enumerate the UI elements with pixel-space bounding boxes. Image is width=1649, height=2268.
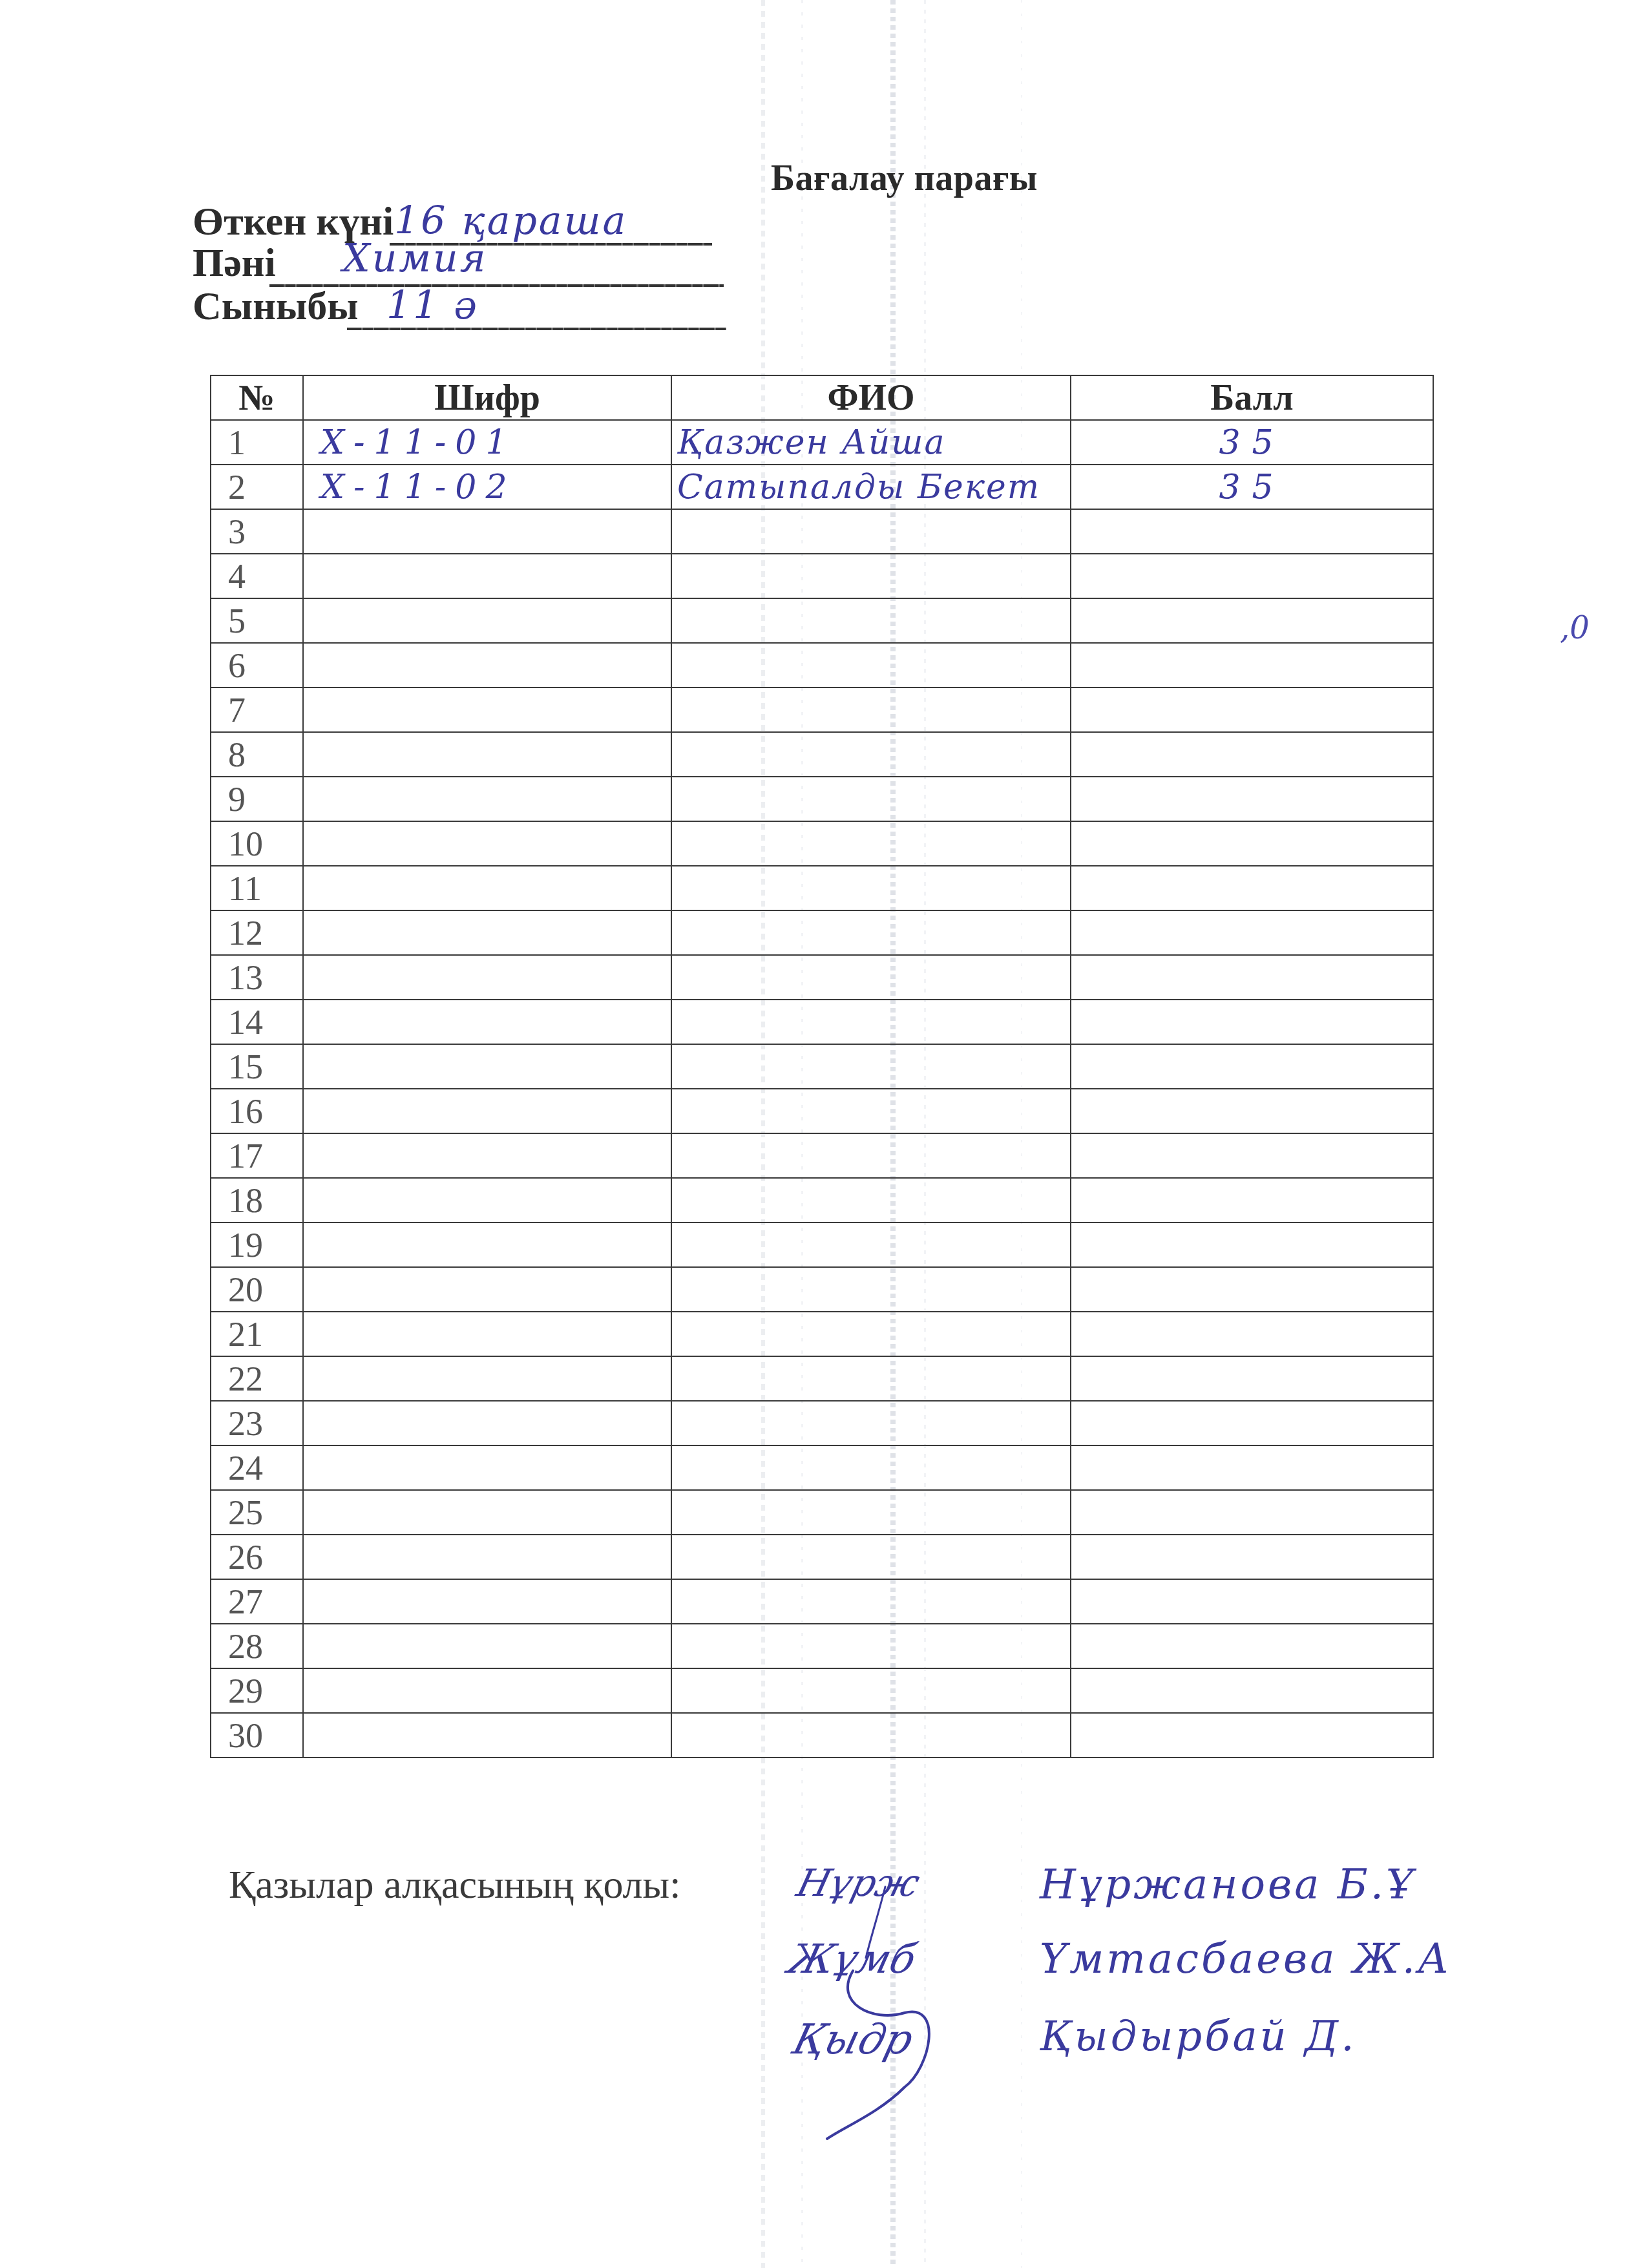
row-full-name [671,1133,1071,1178]
table-row: 10 [211,821,1433,866]
table-row: 26 [211,1535,1433,1579]
row-number: 3 [211,509,303,554]
row-full-name [671,1579,1071,1624]
row-number: 4 [211,554,303,598]
row-full-name [671,1267,1071,1312]
row-score [1071,1624,1433,1668]
row-number: 5 [211,598,303,643]
row-full-name [671,821,1071,866]
row-code [303,1356,671,1401]
row-full-name [671,1044,1071,1089]
header-number: № [211,375,303,420]
signature-name-1: Нұржанова Б.Ұ [1040,1861,1416,1909]
commission-signature-label: Қазылар алқасының қолы: [229,1862,680,1908]
table-row: 21 [211,1312,1433,1356]
row-score [1071,866,1433,910]
table-row: 15 [211,1044,1433,1089]
field-subject-value: Химия [342,239,487,278]
table-row: 16 [211,1089,1433,1133]
row-number: 22 [211,1356,303,1401]
row-code [303,955,671,1000]
table-row: 9 [211,777,1433,821]
row-code [303,1312,671,1356]
row-number: 7 [211,688,303,732]
table-row: 14 [211,1000,1433,1044]
table-row: 12 [211,910,1433,955]
row-number: 29 [211,1668,303,1713]
row-full-name [671,1312,1071,1356]
row-score [1071,1312,1433,1356]
row-code [303,1713,671,1758]
table-row: 3 [211,509,1433,554]
row-full-name [671,1445,1071,1490]
row-number: 11 [211,866,303,910]
row-code [303,1668,671,1713]
table-row: 6 [211,643,1433,688]
row-score [1071,732,1433,777]
row-score [1071,821,1433,866]
table-row: 29 [211,1668,1433,1713]
row-number: 24 [211,1445,303,1490]
row-full-name [671,777,1071,821]
row-full-name [671,1401,1071,1445]
row-full-name [671,1535,1071,1579]
row-score [1071,509,1433,554]
row-full-name [671,1356,1071,1401]
row-code: Х-11-01 [303,420,671,465]
row-code [303,1267,671,1312]
row-full-name [671,1178,1071,1223]
signature-flourish [775,1874,982,2145]
row-number: 12 [211,910,303,955]
row-code [303,688,671,732]
row-code [303,1401,671,1445]
row-number: 26 [211,1535,303,1579]
field-subject-label: Пәні [193,243,276,283]
row-number: 20 [211,1267,303,1312]
row-code [303,1535,671,1579]
row-score [1071,1490,1433,1535]
field-class-label: Сыныбы [193,286,359,326]
table-row: 4 [211,554,1433,598]
row-full-name [671,955,1071,1000]
field-subject: Пәні Химия [193,247,724,287]
row-score [1071,1713,1433,1758]
row-code [303,910,671,955]
field-class-value: 11 ә [386,286,479,325]
table-row: 23 [211,1401,1433,1445]
row-number: 13 [211,955,303,1000]
row-score [1071,1000,1433,1044]
row-full-name [671,910,1071,955]
field-class: Сыныбы 11 ә [193,290,726,330]
row-score [1071,955,1433,1000]
row-full-name [671,1668,1071,1713]
row-code [303,866,671,910]
row-code [303,1223,671,1267]
row-number: 25 [211,1490,303,1535]
row-code [303,509,671,554]
row-full-name [671,643,1071,688]
row-number: 16 [211,1089,303,1133]
row-number: 18 [211,1178,303,1223]
header-full-name: ФИО [671,375,1071,420]
table-row: 8 [211,732,1433,777]
row-number: 8 [211,732,303,777]
row-full-name [671,688,1071,732]
table-row: 28 [211,1624,1433,1668]
row-number: 30 [211,1713,303,1758]
row-score [1071,1267,1433,1312]
row-code: Х-11-02 [303,465,671,509]
row-full-name: Сатыпалды Бекет [671,465,1071,509]
row-code [303,1579,671,1624]
row-score [1071,1401,1433,1445]
row-number: 6 [211,643,303,688]
row-score: 35 [1071,465,1433,509]
table-row: 18 [211,1178,1433,1223]
row-number: 10 [211,821,303,866]
row-score [1071,1223,1433,1267]
row-score [1071,643,1433,688]
row-number: 19 [211,1223,303,1267]
signature-name-2: Үмтасбаева Ж.А [1040,1935,1452,1983]
row-full-name [671,732,1071,777]
row-score [1071,910,1433,955]
row-code [303,643,671,688]
row-full-name [671,598,1071,643]
row-full-name [671,1713,1071,1758]
row-number: 23 [211,1401,303,1445]
table-row: 22 [211,1356,1433,1401]
margin-note: ,0 [1560,610,1590,646]
table-row: 7 [211,688,1433,732]
row-score [1071,1445,1433,1490]
row-number: 9 [211,777,303,821]
table-row: 17 [211,1133,1433,1178]
document-title: Бағалау парағы [771,158,1038,199]
table-row: 2Х-11-02Сатыпалды Бекет35 [211,465,1433,509]
table-row: 20 [211,1267,1433,1312]
row-code [303,1445,671,1490]
row-score [1071,1178,1433,1223]
table-row: 13 [211,955,1433,1000]
row-full-name: Қазжен Айша [671,420,1071,465]
row-code [303,777,671,821]
row-full-name [671,1223,1071,1267]
row-score [1071,1044,1433,1089]
signature-name-3: Қыдырбай Д. [1040,2013,1356,2061]
row-score [1071,1133,1433,1178]
row-number: 1 [211,420,303,465]
row-code [303,1089,671,1133]
row-code [303,598,671,643]
row-code [303,1178,671,1223]
row-score: 35 [1071,420,1433,465]
row-number: 28 [211,1624,303,1668]
header-code: Шифр [303,375,671,420]
table-row: 19 [211,1223,1433,1267]
table-row: 11 [211,866,1433,910]
row-full-name [671,1000,1071,1044]
row-full-name [671,866,1071,910]
table-row: 24 [211,1445,1433,1490]
row-code [303,1490,671,1535]
row-number: 14 [211,1000,303,1044]
row-code [303,821,671,866]
row-code [303,554,671,598]
row-full-name [671,1490,1071,1535]
row-score [1071,598,1433,643]
row-score [1071,1089,1433,1133]
row-full-name [671,1089,1071,1133]
row-score [1071,777,1433,821]
row-number: 27 [211,1579,303,1624]
field-date-value: 16 қараша [394,202,627,240]
row-number: 2 [211,465,303,509]
row-number: 21 [211,1312,303,1356]
table-row: 27 [211,1579,1433,1624]
row-score [1071,1668,1433,1713]
row-number: 15 [211,1044,303,1089]
row-score [1071,1535,1433,1579]
row-score [1071,1356,1433,1401]
row-full-name [671,1624,1071,1668]
table-header-row: № Шифр ФИО Балл [211,375,1433,420]
row-full-name [671,509,1071,554]
row-full-name [671,554,1071,598]
row-code [303,1044,671,1089]
row-score [1071,688,1433,732]
row-number: 17 [211,1133,303,1178]
row-code [303,1624,671,1668]
header-score: Балл [1071,375,1433,420]
row-score [1071,1579,1433,1624]
table-row: 30 [211,1713,1433,1758]
table-row: 25 [211,1490,1433,1535]
grades-table: № Шифр ФИО Балл 1Х-11-01Қазжен Айша352Х-… [210,375,1434,1758]
row-code [303,1133,671,1178]
table-row: 1Х-11-01Қазжен Айша35 [211,420,1433,465]
row-code [303,1000,671,1044]
row-code [303,732,671,777]
table-row: 5 [211,598,1433,643]
row-score [1071,554,1433,598]
